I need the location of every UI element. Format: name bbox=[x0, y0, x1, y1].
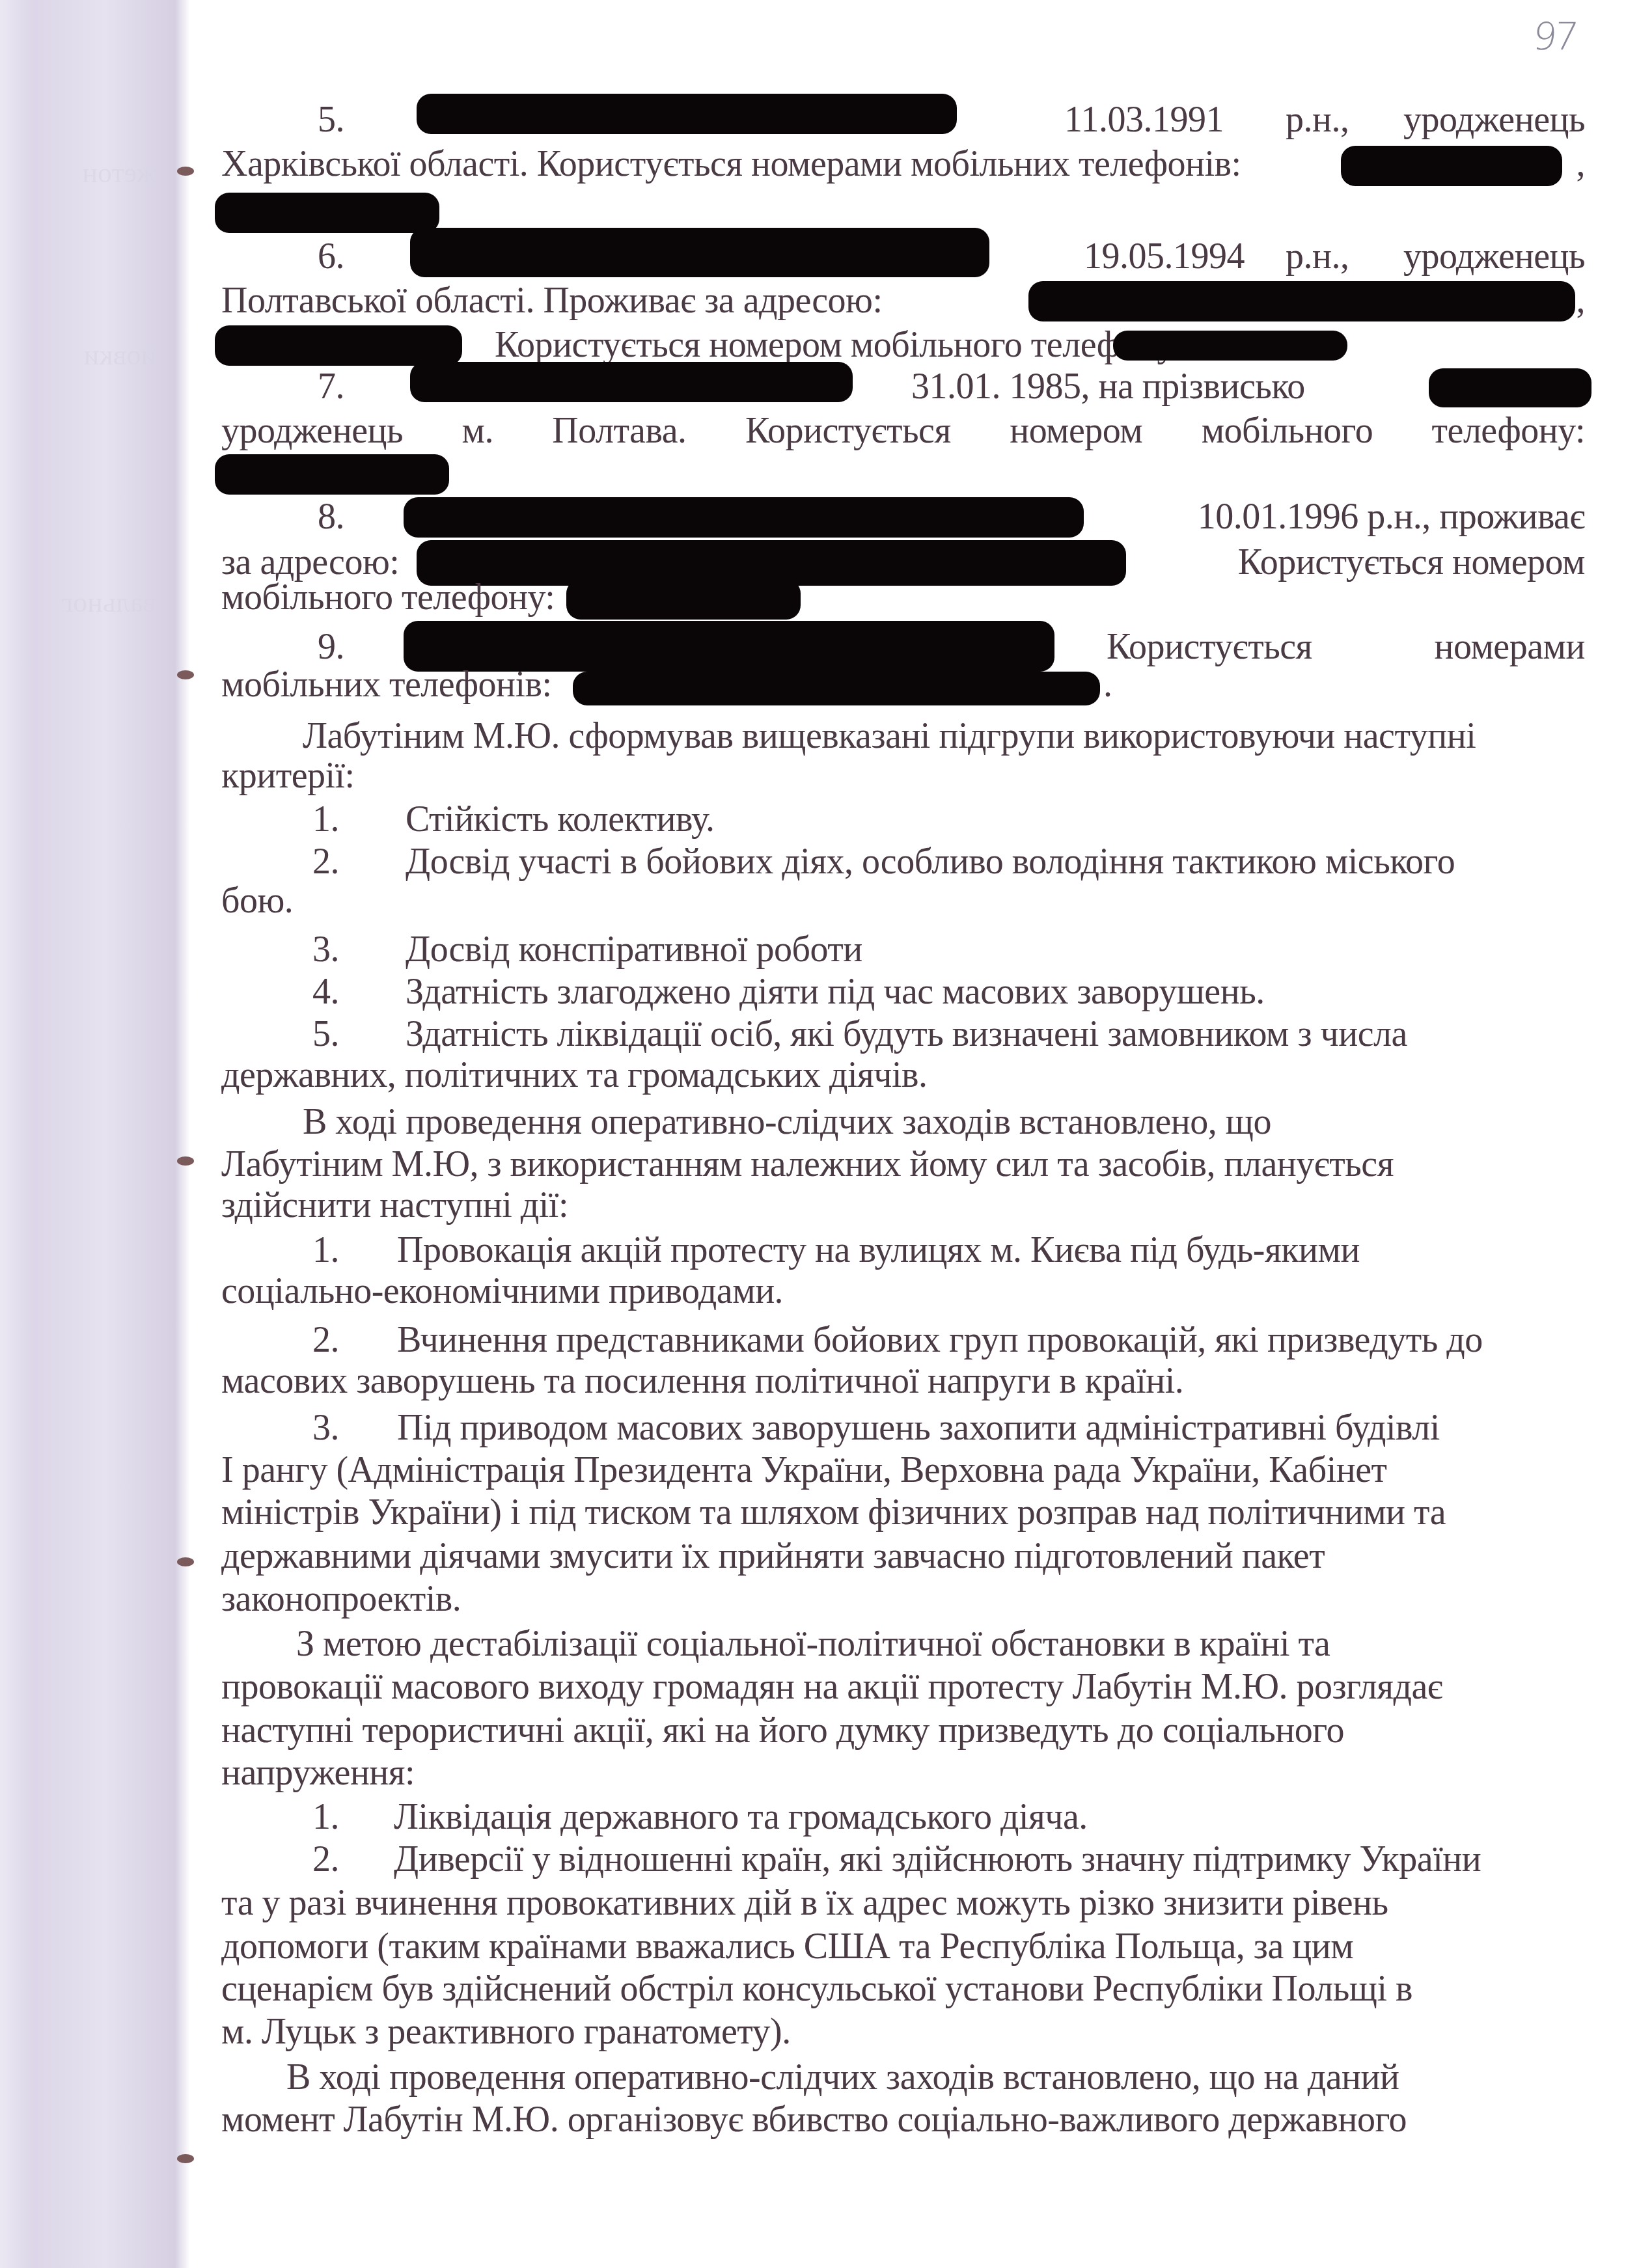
bleed-through-text: жетон bbox=[26, 156, 156, 189]
criteria-item-4: 4. Здатність злагоджено діяти під час ма… bbox=[221, 970, 1585, 1014]
criteria-item-5: 5. Здатність ліквідації осіб, які будуть… bbox=[221, 1012, 1585, 1056]
person-entry-9-line2: мобільних телефонів: . bbox=[221, 663, 1585, 707]
redaction-block bbox=[1429, 368, 1591, 407]
paragraph-actions-line1: В ході проведення оперативно-слідчих зах… bbox=[221, 1100, 1585, 1144]
redaction-block bbox=[573, 672, 1100, 705]
criteria-item-3: 3. Досвід конспіративної роботи bbox=[221, 927, 1585, 972]
action-item-3-cont: міністрів України) і під тиском та шляхо… bbox=[221, 1490, 1585, 1535]
paragraph-actions-line3: здійснити наступні дії: bbox=[221, 1183, 1585, 1227]
scan-binding-gutter: жетон иовки вальног bbox=[0, 0, 190, 2268]
handwritten-page-number: 97 bbox=[1530, 14, 1578, 59]
staple-mark bbox=[177, 167, 194, 176]
action-item-1: 1. Провокація акцій протесту на вулицях … bbox=[221, 1228, 1585, 1272]
action-item-3-cont: державними діячами змусити їх прийняти з… bbox=[221, 1534, 1585, 1578]
action-item-3-cont: законопроектів. bbox=[221, 1577, 1585, 1621]
person-entry-7-line2: уродженець м. Полтава. Користується номе… bbox=[221, 409, 1585, 453]
paragraph-destab-line2: провокації масового виходу громадян на а… bbox=[221, 1665, 1585, 1709]
destab-item-2-cont: м. Луцьк з реактивного гранатомету). bbox=[221, 2010, 1585, 2054]
staple-mark bbox=[177, 1557, 194, 1566]
paragraph-criteria-line2: критерії: bbox=[221, 754, 1585, 798]
person-entry-6-line1: 6. 19.05.1994 р.н., уродженець bbox=[221, 234, 1585, 279]
person-entry-5-line1: 5. 11.03.1991 р.н., уродженець bbox=[221, 98, 1585, 142]
bleed-through-text: вальног bbox=[26, 586, 156, 619]
redaction-block bbox=[215, 325, 462, 366]
destab-item-1: 1. Ліквідація державного та громадського… bbox=[221, 1795, 1585, 1839]
criteria-item-1: 1. Стійкість колективу. bbox=[221, 797, 1585, 841]
person-entry-8-line3: мобільного телефону: bbox=[221, 575, 1585, 620]
redaction-block bbox=[417, 94, 957, 134]
destab-item-2-cont: сценарієм був здійснений обстріл консуль… bbox=[221, 1967, 1585, 2011]
action-item-3: 3. Під приводом масових заворушень захоп… bbox=[221, 1406, 1585, 1450]
redaction-block bbox=[410, 228, 989, 277]
action-item-3-cont: І рангу (Адміністрація Президента Україн… bbox=[221, 1448, 1585, 1492]
paragraph-destab-line4: напруження: bbox=[221, 1751, 1585, 1795]
paragraph-criteria-intro: Лабутіним М.Ю. сформував вищевказані під… bbox=[221, 714, 1585, 758]
bleed-through-text: иовки bbox=[26, 338, 156, 372]
action-item-2-cont: масових заворушень та посилення політичн… bbox=[221, 1359, 1585, 1403]
staple-mark bbox=[177, 2154, 194, 2163]
paragraph-actions-line2: Лабутіним М.Ю, з використанням належних … bbox=[221, 1142, 1585, 1186]
redaction-block bbox=[410, 362, 853, 402]
action-item-1-cont: соціально-економічними приводами. bbox=[221, 1269, 1585, 1313]
paragraph-destab-line3: наступні терористичні акції, які на його… bbox=[221, 1708, 1585, 1753]
criteria-item-2-cont: бою. bbox=[221, 879, 1585, 923]
criteria-item-2: 2. Досвід участі в бойових діях, особлив… bbox=[221, 840, 1585, 884]
staple-mark bbox=[177, 1156, 194, 1166]
paragraph-final-line1: В ході проведення оперативно-слідчих зах… bbox=[221, 2055, 1585, 2099]
redaction-block bbox=[404, 497, 1084, 538]
destab-item-2: 2. Диверсії у відношенні країн, які здій… bbox=[221, 1837, 1585, 1881]
redaction-block bbox=[1113, 331, 1347, 361]
person-entry-8-line1: 8. 10.01.1996 р.н., проживає bbox=[221, 495, 1585, 539]
redaction-block bbox=[215, 454, 449, 495]
person-entry-7-line3 bbox=[221, 450, 1585, 495]
criteria-item-5-cont: державних, політичних та громадських дія… bbox=[221, 1053, 1585, 1097]
redaction-block bbox=[1341, 146, 1562, 186]
person-entry-7-line1: 7. 31.01. 1985, на прізвисько bbox=[221, 364, 1585, 409]
redaction-block bbox=[1028, 281, 1575, 321]
person-entry-6-line3: Користується номером мобільного телефону… bbox=[221, 323, 1585, 367]
paragraph-final-line2: момент Лабутін М.Ю. організовує вбивство… bbox=[221, 2097, 1585, 2142]
paragraph-destab-line1: З метою дестабілізації соціальної-політи… bbox=[221, 1622, 1585, 1666]
redaction-block bbox=[566, 579, 801, 620]
destab-item-2-cont: та у разі вчинення провокативних дій в ї… bbox=[221, 1881, 1585, 1925]
person-entry-6-line2: Полтавської області. Проживає за адресою… bbox=[221, 279, 1585, 323]
staple-mark bbox=[177, 670, 194, 679]
redaction-block bbox=[215, 193, 439, 233]
person-entry-5-line3 bbox=[221, 189, 1585, 233]
destab-item-2-cont: допомоги (таким країнами вважались США т… bbox=[221, 1924, 1585, 1969]
action-item-2: 2. Вчинення представниками бойових груп … bbox=[221, 1318, 1585, 1362]
person-entry-5-line2: Харківської області. Користується номера… bbox=[221, 142, 1585, 186]
